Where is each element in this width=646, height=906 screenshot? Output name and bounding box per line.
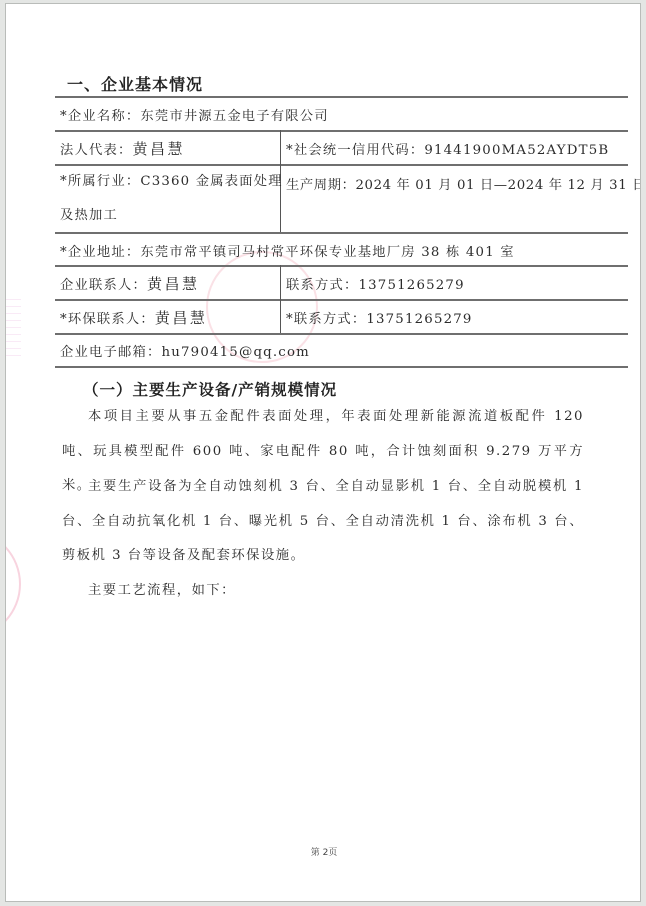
page-number: 第 2页 (6, 845, 641, 858)
table-divider (280, 265, 281, 333)
subsection-title: （一）主要生产设备/产销规模情况 (83, 378, 337, 400)
email-field: 企业电子邮箱：hu790415@qq.com (60, 341, 310, 360)
document-page: 一、企业基本情况 *企业名称：东莞市井源五金电子有限公司 法人代表：黄昌慧 *社… (5, 3, 641, 902)
production-period-field: 生产周期：2024 年 01 月 01 日—2024 年 12 月 31 日 (286, 174, 641, 193)
contact-person-label: 企业联系人： (60, 278, 147, 293)
address-field: *企业地址：东莞市常平镇司马村常平环保专业基地厂房 38 栋 401 室 (60, 241, 515, 260)
paragraph-equipment: 主要生产设备为全自动蚀刻机 3 台、全自动显影机 1 台、全自动脱模机 1 台、… (62, 470, 584, 574)
contact-person-field: 企业联系人：黄昌慧 (60, 273, 200, 294)
industry-field: *所属行业：C3360 金属表面处理 及热加工 (60, 165, 283, 233)
table-rule (55, 265, 628, 267)
legal-rep-value: 黄昌慧 (132, 140, 185, 158)
contact-person-value: 黄昌慧 (147, 275, 200, 293)
table-rule (55, 299, 628, 301)
env-contact-field: *环保联系人：黄昌慧 (60, 307, 207, 328)
contact-phone-field: 联系方式：13751265279 (286, 274, 465, 293)
binding-edge-marks (6, 299, 21, 359)
industry-line-1: *所属行业：C3360 金属表面处理 (60, 165, 283, 199)
paragraph-process-intro: 主要工艺流程，如下： (62, 574, 584, 609)
legal-rep-field: 法人代表：黄昌慧 (60, 138, 185, 159)
credit-code-field: *社会统一信用代码：91441900MA52AYDT5B (286, 139, 609, 158)
company-name-field: *企业名称：东莞市井源五金电子有限公司 (60, 105, 329, 124)
env-contact-label: *环保联系人： (60, 312, 155, 327)
section-title: 一、企业基本情况 (67, 72, 203, 95)
table-rule (55, 96, 628, 98)
table-rule (55, 130, 628, 132)
table-rule (55, 366, 628, 368)
table-rule (55, 333, 628, 335)
legal-rep-label: 法人代表： (60, 143, 132, 158)
partial-seal-stamp (5, 529, 21, 639)
industry-line-2: 及热加工 (60, 199, 283, 233)
env-contact-value: 黄昌慧 (155, 309, 208, 327)
env-contact-phone-field: *联系方式：13751265279 (286, 308, 473, 327)
